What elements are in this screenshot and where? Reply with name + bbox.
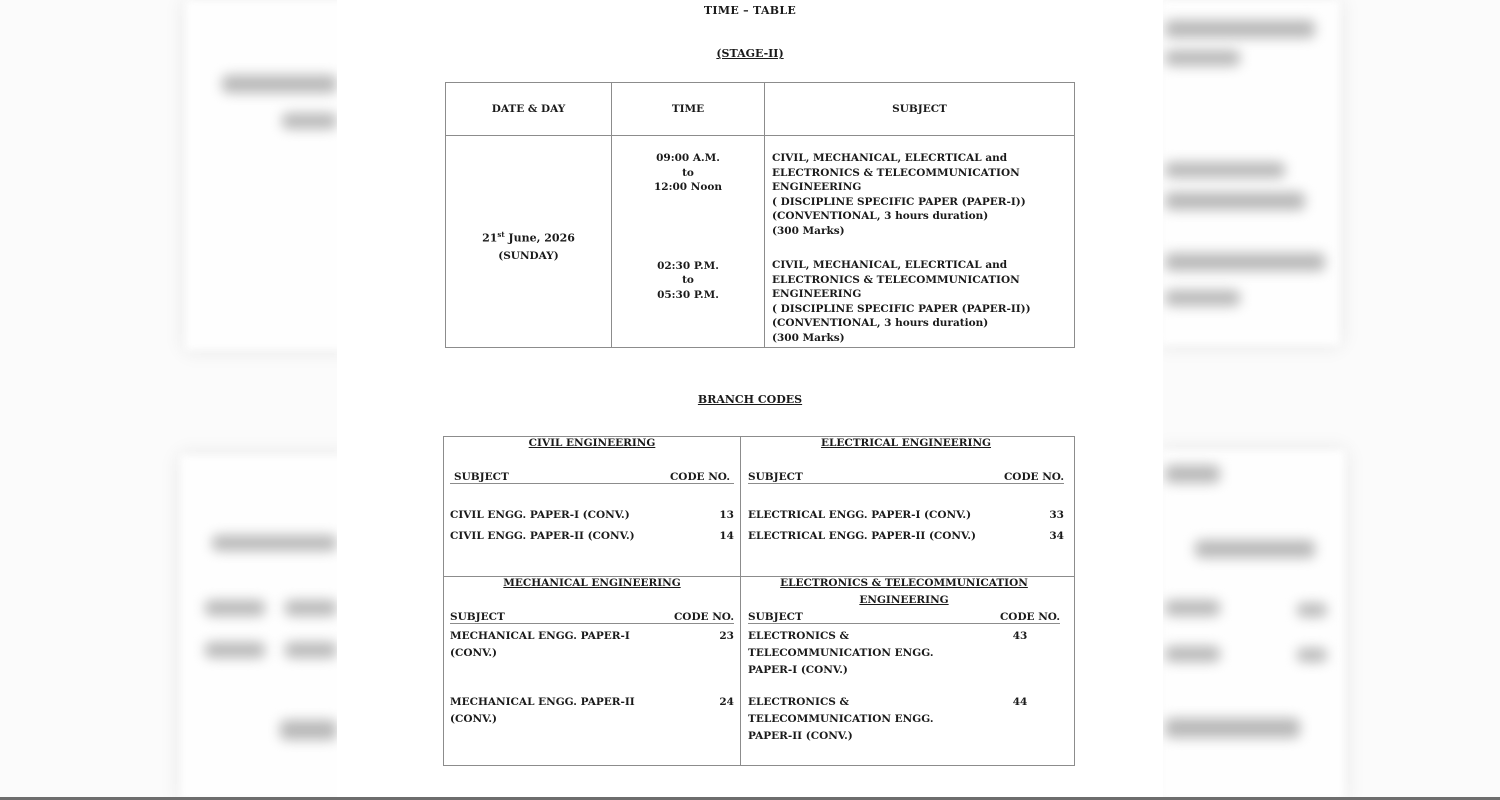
branch-codes-title: BRANCH CODES [337, 393, 1163, 406]
branch-name: CIVIL ENGINEERING [450, 437, 734, 449]
background-page-left-top [185, 0, 350, 350]
blurred-text [1165, 290, 1240, 306]
blurred-text [1165, 600, 1220, 616]
branch-mechanical: MECHANICAL ENGINEERING SUBJECTCODE NO. M… [450, 577, 734, 728]
blurred-text [205, 600, 265, 616]
column-headers: SUBJECTCODE NO. [748, 471, 1064, 484]
document-title: TIME – TABLE [337, 4, 1163, 17]
branch-name: ELECTRONICS & TELECOMMUNICATION ENGINEER… [748, 577, 1060, 606]
blurred-text [222, 75, 337, 93]
branch-codes-table: CIVIL ENGINEERING SUBJECTCODE NO. CIVIL … [443, 436, 1075, 766]
branch-row: CIVIL ENGG. PAPER-II (CONV.)14 [450, 528, 734, 545]
branch-row: ELECTRONICS &TELECOMMUNICATION ENGG.PAPE… [748, 628, 1060, 679]
blurred-text [1165, 162, 1285, 178]
branch-row: MECHANICAL ENGG. PAPER-I(CONV.) 23 [450, 628, 734, 662]
subject-cell: CIVIL, MECHANICAL, ELECRTICAL and ELECTR… [765, 136, 1075, 348]
blurred-text [285, 600, 337, 616]
blurred-text [205, 642, 265, 658]
column-headers: SUBJECTCODE NO. [450, 471, 734, 484]
branch-name: ELECTRICAL ENGINEERING [748, 437, 1064, 449]
session-2-subject: CIVIL, MECHANICAL, ELECRTICAL and ELECTR… [766, 238, 1073, 346]
blurred-text [1165, 646, 1220, 662]
branch-row: ELECTRONICS &TELECOMMUNICATION ENGG.PAPE… [748, 694, 1060, 745]
blurred-text [1297, 603, 1327, 617]
timetable: DATE & DAY TIME SUBJECT 21st June, 2026 … [445, 82, 1075, 348]
branch-electronics-telecom: ELECTRONICS & TELECOMMUNICATION ENGINEER… [748, 577, 1060, 745]
header-subject: SUBJECT [765, 83, 1075, 136]
header-date-day: DATE & DAY [446, 83, 612, 136]
header-time: TIME [612, 83, 765, 136]
exam-date: 21st June, 2026 [447, 230, 610, 245]
blurred-text [1165, 718, 1300, 738]
date-cell: 21st June, 2026 (SUNDAY) [446, 136, 612, 348]
background-page-right-bottom [1160, 450, 1345, 800]
exam-weekday: (SUNDAY) [447, 250, 610, 262]
blurred-text [285, 642, 337, 658]
session-2-time: 02:30 P.M. to 05:30 P.M. [613, 195, 763, 303]
blurred-text [1165, 465, 1220, 483]
session-1-time: 09:00 A.M. to 12:00 Noon [613, 137, 763, 195]
blurred-text [1165, 192, 1305, 210]
branch-civil: CIVIL ENGINEERING SUBJECTCODE NO. CIVIL … [450, 437, 734, 545]
column-headers: SUBJECTCODE NO. [450, 611, 734, 624]
branch-electrical: ELECTRICAL ENGINEERING SUBJECTCODE NO. E… [748, 437, 1064, 545]
blurred-text [1297, 648, 1327, 662]
background-page-left-bottom [180, 455, 350, 800]
time-cell: 09:00 A.M. to 12:00 Noon 02:30 P.M. to 0… [612, 136, 765, 348]
column-headers: SUBJECTCODE NO. [748, 611, 1060, 624]
blurred-text [1165, 253, 1325, 271]
blurred-text [1165, 50, 1240, 66]
document-page: TIME – TABLE (STAGE-II) DATE & DAY TIME … [337, 0, 1163, 797]
divider [740, 437, 741, 765]
blurred-text [280, 720, 337, 740]
blurred-text [282, 113, 337, 129]
branch-row: MECHANICAL ENGG. PAPER-II(CONV.) 24 [450, 694, 734, 728]
branch-row: ELECTRICAL ENGG. PAPER-II (CONV.)34 [748, 528, 1064, 545]
branch-row: CIVIL ENGG. PAPER-I (CONV.)13 [450, 507, 734, 524]
branch-name: MECHANICAL ENGINEERING [450, 577, 734, 589]
stage-label: (STAGE-II) [337, 47, 1163, 60]
blurred-text [1165, 20, 1315, 38]
timetable-row: 21st June, 2026 (SUNDAY) 09:00 A.M. to 1… [446, 136, 1075, 348]
timetable-header-row: DATE & DAY TIME SUBJECT [446, 83, 1075, 136]
session-1-subject: CIVIL, MECHANICAL, ELECRTICAL and ELECTR… [766, 137, 1073, 238]
branch-row: ELECTRICAL ENGG. PAPER-I (CONV.)33 [748, 507, 1064, 524]
blurred-text [1195, 540, 1315, 558]
blurred-text [212, 535, 337, 551]
